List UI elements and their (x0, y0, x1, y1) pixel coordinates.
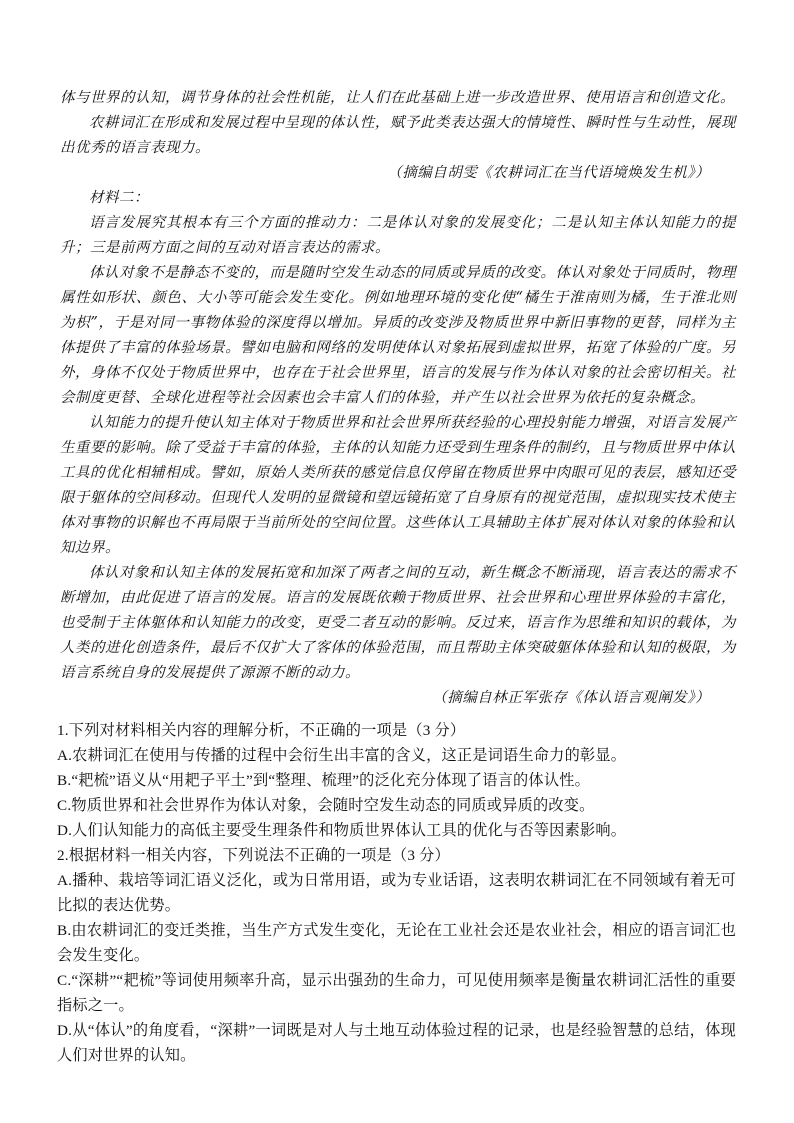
question-2-option-b: B.由农耕词汇的变迁类推，当生产方式发生变化，无论在工业社会还是农业社会，相应的… (57, 918, 736, 968)
material2-paragraph-3: 认知能力的提升使认知主体对于物质世界和社会世界所获经验的心理投射能力增强，对语言… (60, 411, 736, 561)
material2-attribution: （摘编自林正军张存《体认语言观阐发》） (60, 686, 736, 711)
question-1-option-d: D.人们认知能力的高低主要受生理条件和物质世界体认工具的优化与否等因素影响。 (57, 818, 736, 843)
document-page: 体与世界的认知，调节身体的社会性机能，让人们在此基础上进一步改造世界、使用语言和… (0, 0, 794, 1123)
material1-continuation-line: 体与世界的认知，调节身体的社会性机能，让人们在此基础上进一步改造世界、使用语言和… (60, 86, 736, 111)
question-2-stem: 2.根据材料一相关内容，下列说法不正确的一项是（3 分） (57, 843, 736, 868)
material2-heading: 材料二： (60, 186, 736, 211)
question-1-option-c: C.物质世界和社会世界作为体认对象，会随时空发生动态的同质或异质的改变。 (57, 793, 736, 818)
questions-section: 1.下列对材料相关内容的理解分析，不正确的一项是（3 分） A.农耕词汇在使用与… (57, 718, 736, 1068)
question-1-stem: 1.下列对材料相关内容的理解分析，不正确的一项是（3 分） (57, 718, 736, 743)
material1-attribution: （摘编自胡雯《农耕词汇在当代语境焕发生机》） (60, 161, 736, 186)
question-2-option-d: D.从“体认”的角度看，“深耕”一词既是对人与土地互动体验过程的记录，也是经验智… (57, 1018, 736, 1068)
question-1-option-b: B.“耙梳”语义从“用耙子平土”到“整理、梳理”的泛化充分体现了语言的体认性。 (57, 768, 736, 793)
material2-paragraph-2: 体认对象不是静态不变的，而是随时空发生动态的同质或异质的改变。体认对象处于同质时… (60, 261, 736, 411)
material2-paragraph-4: 体认对象和认知主体的发展拓宽和加深了两者之间的互动，新生概念不断涌现，语言表达的… (60, 561, 736, 686)
question-2-option-c: C.“深耕”“耙梳”等词使用频率升高，显示出强劲的生命力，可见使用频率是衡量农耕… (57, 968, 736, 1018)
material1-paragraph: 农耕词汇在形成和发展过程中呈现的体认性，赋予此类表达强大的情境性、瞬时性与生动性… (60, 111, 736, 161)
question-2-option-a: A.播种、栽培等词汇语义泛化，或为日常用语，或为专业话语，这表明农耕词汇在不同领… (57, 868, 736, 918)
material2-paragraph-1: 语言发展究其根本有三个方面的推动力：二是体认对象的发展变化；二是认知主体认知能力… (60, 211, 736, 261)
question-1-option-a: A.农耕词汇在使用与传播的过程中会衍生出丰富的含义，这正是词语生命力的彰显。 (57, 743, 736, 768)
